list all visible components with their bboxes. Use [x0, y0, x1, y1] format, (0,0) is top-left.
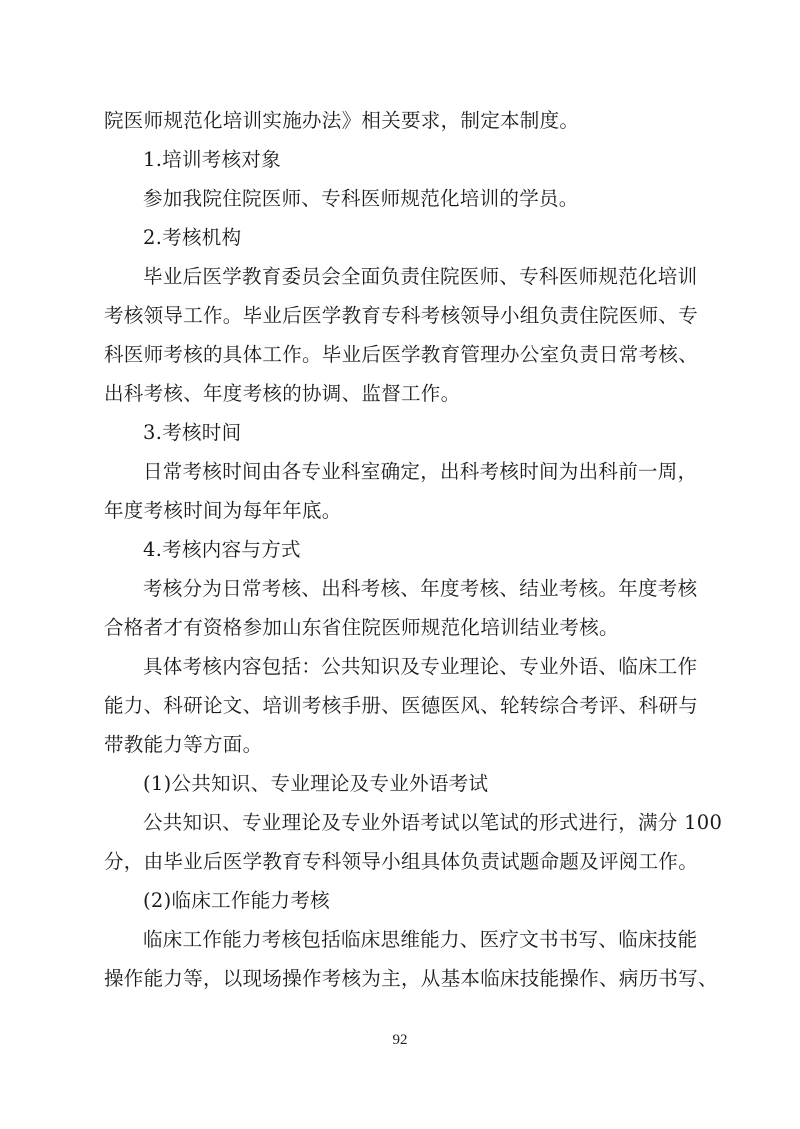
text-line: 带教能力等方面。 — [104, 732, 696, 758]
text-line: 参加我院住院医师、专科医师规范化培训的学员。 — [143, 186, 696, 212]
text-line: 考核分为日常考核、出科考核、年度考核、结业考核。年度考核 — [143, 576, 696, 602]
text-line: 分，由毕业后医学教育专科领导小组具体负责试题命题及评阅工作。 — [104, 849, 696, 875]
text-line: 公共知识、专业理论及专业外语考试以笔试的形式进行，满分 100 — [143, 810, 696, 836]
document-page: 院医师规范化培训实施办法》相关要求，制定本制度。1.培训考核对象参加我院住院医师… — [0, 0, 800, 1129]
text-line: (2)临床工作能力考核 — [143, 888, 696, 914]
text-line: 日常考核时间由各专业科室确定，出科考核时间为出科前一周， — [143, 459, 696, 485]
text-line: 3.考核时间 — [143, 420, 696, 446]
text-line: 考核领导工作。毕业后医学教育专科考核领导小组负责住院医师、专 — [104, 303, 696, 329]
text-line: 年度考核时间为每年年底。 — [104, 498, 696, 524]
text-line: 毕业后医学教育委员会全面负责住院医师、专科医师规范化培训 — [143, 264, 696, 290]
text-line: 合格者才有资格参加山东省住院医师规范化培训结业考核。 — [104, 615, 696, 641]
text-line: 操作能力等，以现场操作考核为主，从基本临床技能操作、病历书写、 — [104, 966, 696, 992]
text-line: (1)公共知识、专业理论及专业外语考试 — [143, 771, 696, 797]
text-line: 临床工作能力考核包括临床思维能力、医疗文书书写、临床技能 — [143, 927, 696, 953]
text-line: 具体考核内容包括：公共知识及专业理论、专业外语、临床工作 — [143, 654, 696, 680]
text-line: 4.考核内容与方式 — [143, 537, 696, 563]
text-line: 能力、科研论文、培训考核手册、医德医风、轮转综合考评、科研与 — [104, 693, 696, 719]
text-line: 院医师规范化培训实施办法》相关要求，制定本制度。 — [104, 108, 696, 134]
page-number: 92 — [0, 1032, 800, 1049]
text-line: 1.培训考核对象 — [143, 147, 696, 173]
text-line: 科医师考核的具体工作。毕业后医学教育管理办公室负责日常考核、 — [104, 342, 696, 368]
text-line: 出科考核、年度考核的协调、监督工作。 — [104, 381, 696, 407]
text-line: 2.考核机构 — [143, 225, 696, 251]
